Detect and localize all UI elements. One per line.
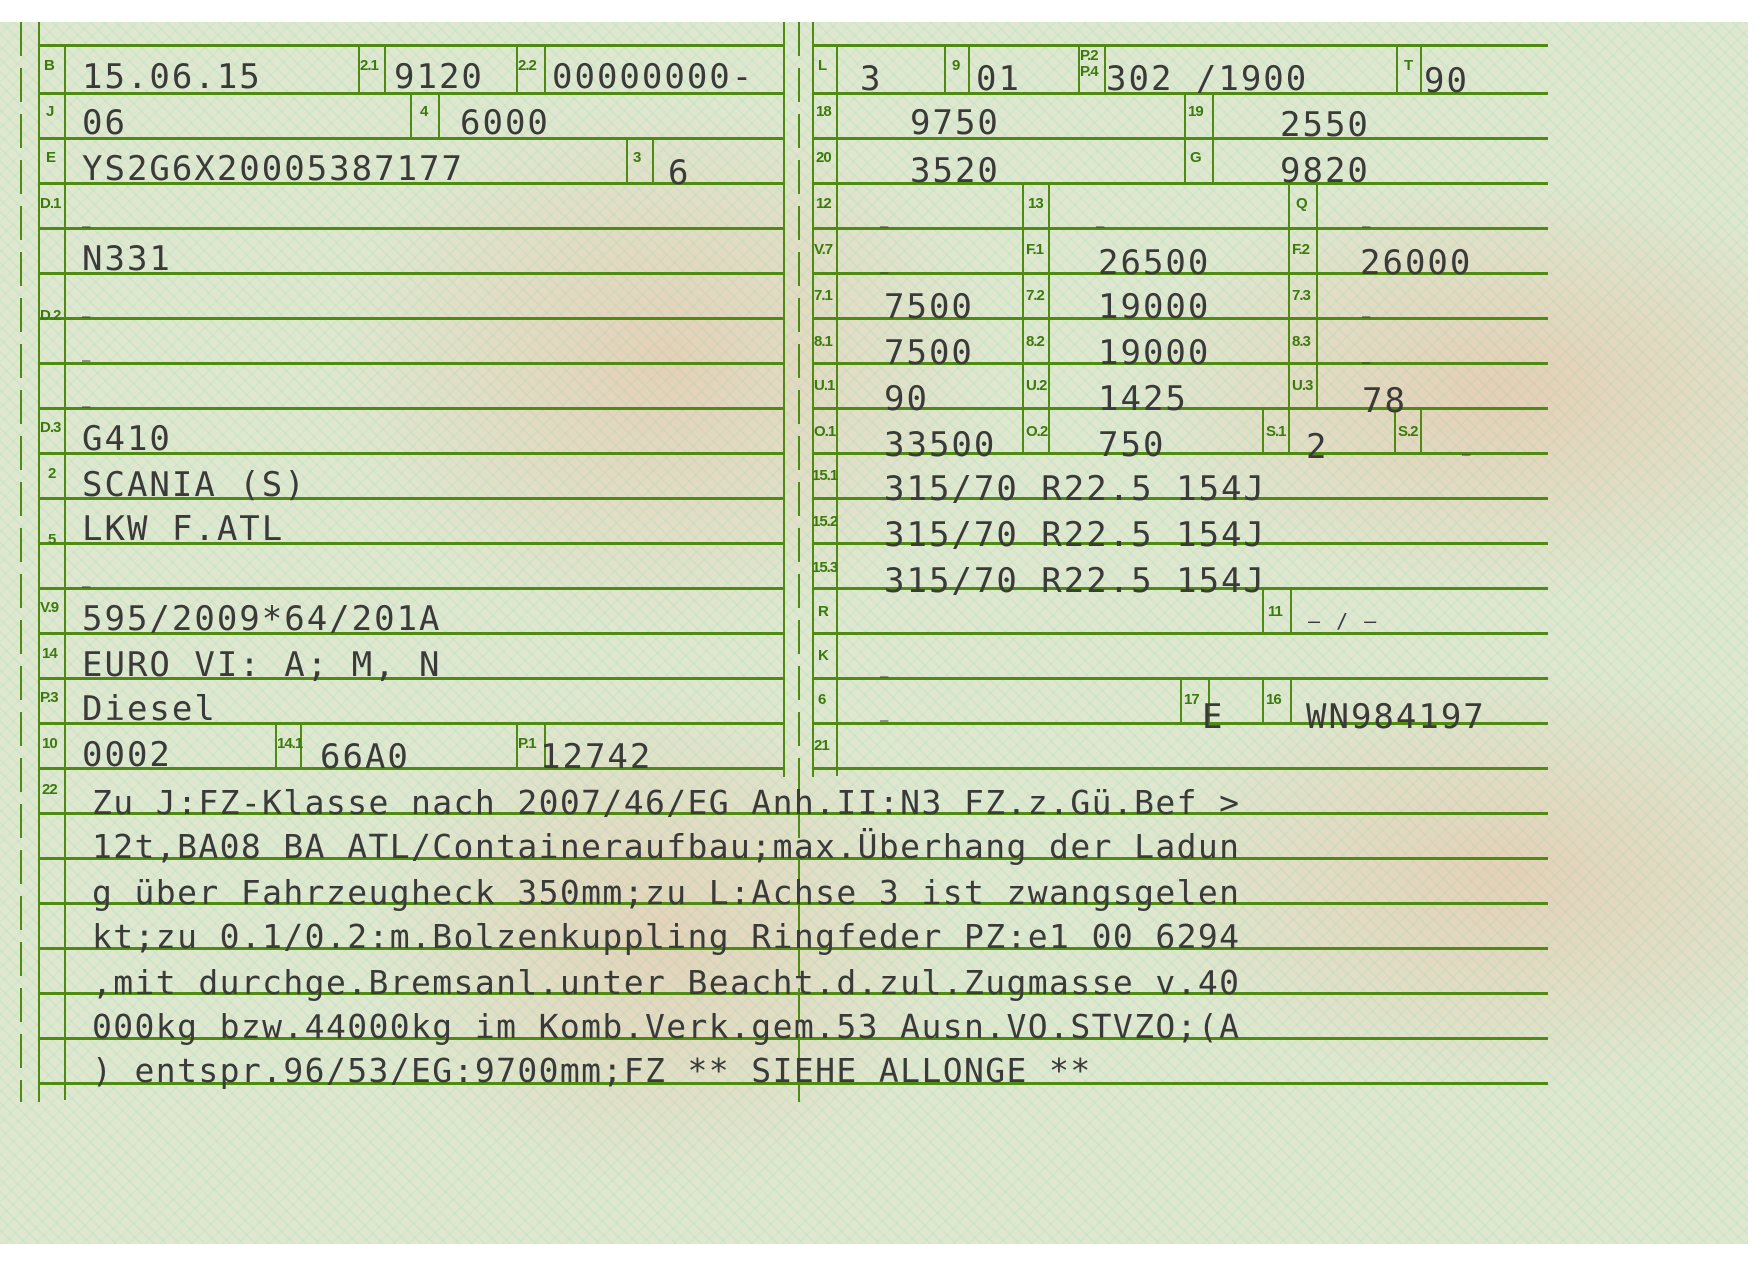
grid-line-v: [1288, 182, 1290, 407]
field-label: G: [1190, 150, 1201, 165]
grid-line-h: [38, 362, 784, 365]
grid-line-v: [64, 767, 66, 812]
field-14-1: 66A0: [320, 740, 410, 774]
field-label: 14.1: [277, 736, 302, 751]
grid-line-v: [1290, 677, 1292, 722]
field-O2: 750: [1098, 428, 1165, 462]
field-label: 22: [42, 782, 57, 797]
field-label: 4: [420, 104, 427, 119]
field-P1: 12742: [540, 740, 652, 774]
field-V7: —: [880, 256, 890, 290]
field-E-vin: YS2G6X20005387177: [82, 152, 464, 186]
field-P2-P4: 302 /1900: [1106, 62, 1308, 96]
field-label: P.3: [40, 690, 58, 705]
field-label: 20: [816, 150, 831, 165]
field-U2: 1425: [1098, 382, 1188, 416]
field-label: 2: [48, 466, 55, 481]
grid-line-v: [1184, 92, 1186, 182]
field-label: P.4: [1080, 64, 1098, 79]
field-label: 21: [814, 738, 829, 753]
grid-line-v: [652, 137, 654, 182]
field-label: O.2: [1026, 424, 1047, 439]
grid-line-v: [1212, 92, 1214, 182]
grid-line-h: [812, 767, 1548, 770]
grid-line-v: [1396, 44, 1398, 92]
remarks-line: ) entspr.96/53/EG:9700mm;FZ ** SIEHE ALL…: [92, 1054, 1092, 1087]
field-label: 6: [818, 692, 825, 707]
field-label: S.1: [1266, 424, 1286, 439]
grid-line-v: [836, 44, 838, 776]
field-label: 8.3: [1292, 334, 1310, 349]
field-label: D.2: [40, 308, 60, 323]
grid-line-v: [1048, 182, 1050, 407]
field-label: D.1: [40, 196, 60, 211]
field-label: 16: [1266, 692, 1281, 707]
field-10: 0002: [82, 738, 172, 772]
grid-line-h: [38, 44, 784, 47]
field-V9: 595/2009*64/201A: [82, 602, 442, 636]
grid-line-v: [438, 92, 440, 137]
grid-line-v: [544, 44, 546, 92]
field-G-mass: 9820: [1280, 154, 1370, 188]
remarks-line: 000kg bzw.44000kg im Komb.Verk.gem.53 Au…: [92, 1010, 1240, 1043]
grid-line-h: [38, 227, 784, 230]
field-4: 6000: [460, 106, 550, 140]
field-label: 7.1: [814, 288, 832, 303]
remarks-line: 12t,BA08 BA ATL/Containeraufbau;max.Über…: [92, 830, 1240, 863]
field-9: 01: [976, 62, 1021, 96]
field-label: P.2: [1080, 48, 1098, 63]
field-label: 15.2: [812, 514, 837, 529]
grid-line-v: [1022, 182, 1024, 407]
field-2-1: 9120: [394, 60, 484, 94]
grid-line-h: [812, 632, 1548, 635]
margin-dash-left: [20, 22, 22, 1102]
field-label: U.3: [1292, 378, 1312, 393]
field-label: 7.3: [1292, 288, 1310, 303]
field-label: 8.1: [814, 334, 832, 349]
grid-line-v: [1022, 407, 1024, 452]
field-7-1: 7500: [884, 290, 974, 324]
grid-line-v: [944, 44, 946, 92]
field-F2: 26000: [1360, 246, 1472, 280]
field-B-date: 15.06.15: [82, 60, 262, 94]
grid-line-v: [968, 44, 970, 92]
field-16: WN984197: [1306, 700, 1486, 734]
field-label: 11: [1268, 604, 1282, 619]
field-label: O.1: [814, 424, 835, 439]
field-18-length: 9750: [910, 106, 1000, 140]
field-label: 12: [816, 196, 831, 211]
grid-line-v: [1262, 677, 1264, 722]
field-14-emission: EURO VI: A; M, N: [82, 648, 442, 682]
field-label: P.1: [518, 736, 536, 751]
grid-line-v: [626, 137, 628, 182]
grid-line-v: [1290, 587, 1292, 632]
field-15-3-tyres: 315/70 R22.5 154J: [884, 564, 1266, 598]
field-2-2: 00000000-: [552, 60, 754, 94]
field-label: 7.2: [1026, 288, 1044, 303]
grid-line-v: [1420, 44, 1422, 92]
grid-line-v: [812, 22, 814, 777]
grid-line-h: [38, 317, 784, 320]
field-F1: 26500: [1098, 246, 1210, 280]
field-label: 15.3: [812, 560, 837, 575]
grid-line-v: [1420, 407, 1422, 452]
remarks-line: kt;zu 0.1/0.2:m.Bolzenkuppling Ringfeder…: [92, 920, 1240, 953]
remarks-line: ,mit durchge.Bremsanl.unter Beacht.d.zul…: [92, 966, 1240, 999]
field-P3-fuel: Diesel: [82, 692, 217, 726]
field-S1: 2: [1306, 430, 1328, 464]
grid-line-h: [812, 227, 1548, 230]
registration-document: B15.06.152.191202.200000000-J0646000EYS2…: [0, 22, 1748, 1244]
field-Q: —: [1362, 210, 1372, 244]
field-O1: 33500: [884, 428, 996, 462]
field-11: — / —: [1308, 604, 1378, 638]
grid-line-v: [384, 44, 386, 92]
field-2-make: SCANIA (S): [82, 468, 307, 502]
grid-line-h: [38, 587, 784, 590]
field-label: B: [44, 58, 54, 73]
field-label: 2.2: [518, 58, 536, 73]
field-label: K: [818, 648, 828, 663]
field-label: S.2: [1398, 424, 1418, 439]
field-U3: 78: [1362, 384, 1407, 418]
field-3: 6: [668, 156, 690, 190]
field-15-1-tyres: 315/70 R22.5 154J: [884, 472, 1266, 506]
field-J: 06: [82, 106, 127, 140]
field-label: V.7: [814, 242, 832, 257]
field-label: V.9: [40, 600, 58, 615]
field-label: Q: [1296, 196, 1307, 211]
field-D2-line1: N331: [82, 242, 172, 276]
field-15-2-tyres: 315/70 R22.5 154J: [884, 518, 1266, 552]
field-7-2: 19000: [1098, 290, 1210, 324]
field-8-1: 7500: [884, 336, 974, 370]
field-label: F.2: [1292, 242, 1309, 257]
field-label: 3: [633, 150, 640, 165]
field-label: 19: [1188, 104, 1203, 119]
field-label: D.3: [40, 420, 60, 435]
field-label: 2.1: [360, 58, 378, 73]
field-label: 10: [42, 736, 57, 751]
field-D3: G410: [82, 422, 172, 456]
field-U1: 90: [884, 382, 929, 416]
grid-line-v: [1288, 407, 1290, 452]
grid-line-v: [1262, 407, 1264, 452]
field-label: U.2: [1026, 378, 1046, 393]
field-13: —: [1096, 210, 1106, 244]
field-K: —: [880, 660, 890, 694]
grid-line-v: [783, 22, 785, 777]
field-D2-line2: —: [82, 300, 92, 334]
field-20-height: 3520: [910, 154, 1000, 188]
field-T-speed: 90: [1424, 64, 1469, 98]
remarks-line: g über Fahrzeugheck 350mm;zu L:Achse 3 i…: [92, 876, 1240, 909]
field-label: 18: [816, 104, 831, 119]
field-12: —: [880, 210, 890, 244]
grid-line-v: [1180, 677, 1182, 722]
field-D2-line3: —: [82, 344, 92, 378]
field-label: 9: [952, 58, 959, 73]
field-label: F.1: [1026, 242, 1043, 257]
field-label: 15.1: [812, 468, 837, 483]
field-label: 8.2: [1026, 334, 1044, 349]
grid-line-h: [812, 44, 1548, 47]
field-label: 13: [1028, 196, 1043, 211]
field-label: 17: [1184, 692, 1199, 707]
field-L-axles: 3: [860, 62, 882, 96]
grid-line-v: [1316, 182, 1318, 407]
field-8-3: —: [1362, 346, 1372, 380]
field-label: 14: [42, 646, 57, 661]
field-label: T: [1404, 58, 1412, 73]
field-label: L: [818, 58, 826, 73]
grid-line-h: [38, 407, 784, 410]
grid-line-v: [64, 44, 66, 1100]
field-label: R: [818, 604, 828, 619]
field-6: —: [880, 704, 890, 738]
field-label: U.1: [814, 378, 834, 393]
field-7-3: —: [1362, 300, 1372, 334]
field-S2: —: [1462, 438, 1472, 472]
grid-line-h: [38, 137, 784, 140]
field-19-width: 2550: [1280, 108, 1370, 142]
field-5-type: LKW F.ATL: [82, 512, 284, 546]
field-8-2: 19000: [1098, 336, 1210, 370]
field-label: 5: [48, 532, 55, 547]
grid-line-v: [410, 92, 412, 137]
remarks-line: Zu J:FZ-Klasse nach 2007/46/EG Anh.II:N3…: [92, 786, 1240, 819]
grid-line-v: [1048, 407, 1050, 452]
field-label: E: [46, 150, 55, 165]
field-17: E: [1202, 700, 1224, 734]
field-label: J: [46, 104, 53, 119]
